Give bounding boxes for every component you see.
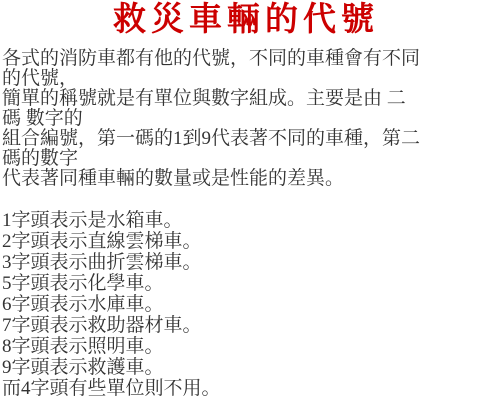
paragraph-line: 組合編號，第一碼的1到9代表著不同的車種，第二 <box>2 129 492 149</box>
code-list-line: 7字頭表示救助器材車。 <box>2 315 492 336</box>
document-body: 各式的消防車都有他的代號，不同的車種會有不同 的代號， 簡單的稱號就是有單位與數… <box>0 49 492 399</box>
code-list-line: 2字頭表示直線雲梯車。 <box>2 231 492 252</box>
code-list-line: 3字頭表示曲折雲梯車。 <box>2 252 492 273</box>
paragraph-line: 簡單的稱號就是有單位與數字組成。主要是由 二 <box>2 89 492 109</box>
code-list-line: 8字頭表示照明車。 <box>2 336 492 357</box>
code-list-line: 9字頭表示救護車。 <box>2 357 492 378</box>
paragraph-line: 各式的消防車都有他的代號，不同的車種會有不同 <box>2 49 492 69</box>
paragraph-line: 的代號， <box>2 69 492 89</box>
paragraph-line: 代表著同種車輛的數量或是性能的差異。 <box>2 169 492 189</box>
blank-spacer <box>2 189 492 210</box>
intro-paragraph: 各式的消防車都有他的代號，不同的車種會有不同 的代號， 簡單的稱號就是有單位與數… <box>2 49 492 189</box>
page-title: 救災車輛的代號 <box>0 2 492 40</box>
vehicle-code-list: 1字頭表示是水箱車。 2字頭表示直線雲梯車。 3字頭表示曲折雲梯車。 5字頭表示… <box>2 210 492 399</box>
paragraph-line: 碼的數字 <box>2 149 492 169</box>
code-list-line: 1字頭表示是水箱車。 <box>2 210 492 231</box>
code-list-line: 6字頭表示水庫車。 <box>2 294 492 315</box>
paragraph-line: 碼 數字的 <box>2 109 492 129</box>
code-list-line: 5字頭表示化學車。 <box>2 273 492 294</box>
document-page: 救災車輛的代號 各式的消防車都有他的代號，不同的車種會有不同 的代號， 簡單的稱… <box>0 2 492 414</box>
code-list-line: 而4字頭有些單位則不用。 <box>2 378 492 399</box>
